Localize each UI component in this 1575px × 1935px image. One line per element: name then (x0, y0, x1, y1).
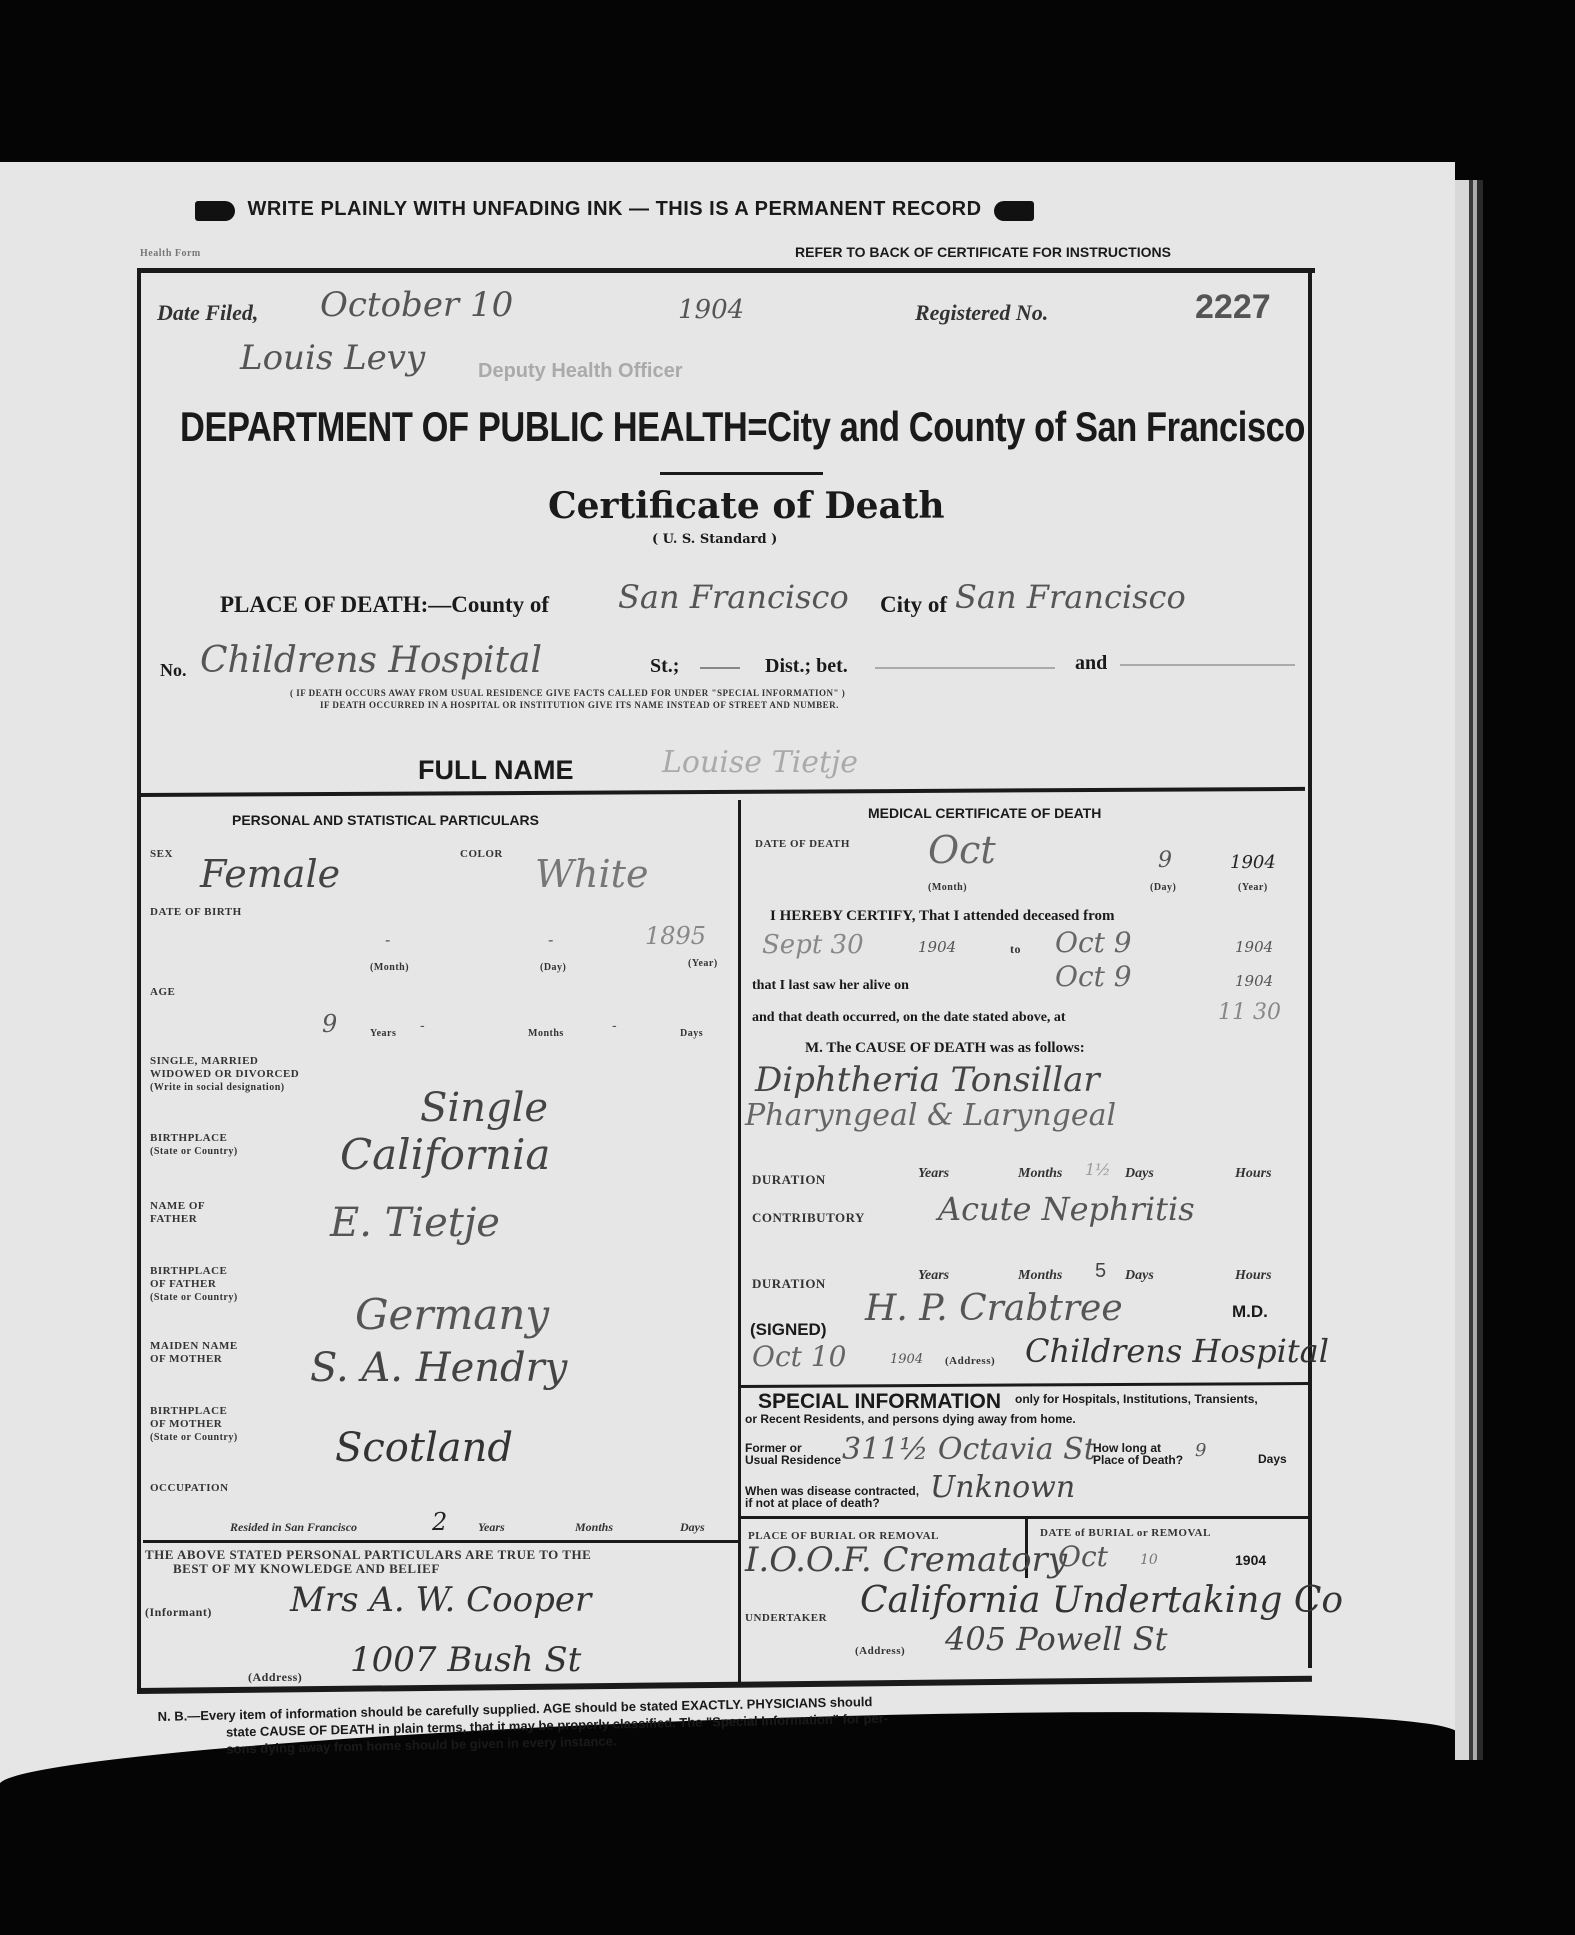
duration-months-label: Months (1018, 1166, 1062, 1182)
physician-signature: H. P. Crabtree (865, 1288, 1123, 1329)
physician-address-label: (Address) (945, 1355, 995, 1367)
undertaker-label: UNDERTAKER (745, 1612, 827, 1624)
father-birthplace-value: Germany (355, 1290, 549, 1339)
mother-value: S. A. Hendry (310, 1345, 567, 1391)
undertaker-address-value: 405 Powell St (945, 1620, 1168, 1658)
how-long-value: 9 (1195, 1440, 1206, 1461)
department-title: DEPARTMENT OF PUBLIC HEALTH=City and Cou… (180, 403, 1305, 451)
informant-address-label: (Address) (248, 1670, 302, 1685)
special-note: only for Hospitals, Institutions, Transi… (1015, 1392, 1258, 1406)
resided-days-label: Days (680, 1520, 705, 1535)
district-blank (875, 667, 1055, 669)
title-rule (660, 472, 823, 475)
last-saw-text: that I last saw her alive on (752, 978, 909, 994)
attended-from-year: 1904 (918, 938, 956, 956)
form-left-border (137, 268, 141, 1693)
attended-from-date: Sept 30 (762, 930, 864, 960)
dob-month-label: (Month) (370, 962, 409, 973)
place-of-death-label: PLACE OF DEATH:—County of (220, 592, 549, 618)
city-value: San Francisco (955, 578, 1186, 616)
duration2-days-value: 5 (1095, 1260, 1106, 1283)
age-years-label: Years (370, 1028, 396, 1039)
contracted-label: When was disease contracted, if not at p… (745, 1485, 919, 1509)
former-residence-value: 311½ Octavia St (842, 1432, 1096, 1467)
how-long-label: How long at Place of Death? (1093, 1442, 1183, 1466)
informant-address-value: 1007 Bush St (350, 1640, 581, 1680)
age-days-label: Days (680, 1028, 703, 1039)
contributory-value: Acute Nephritis (938, 1190, 1195, 1228)
medical-heading: MEDICAL CERTIFICATE OF DEATH (868, 805, 1101, 821)
father-value: E. Tietje (330, 1200, 500, 1246)
last-saw-year: 1904 (1235, 972, 1273, 990)
mother-birthplace-value: Scotland (335, 1425, 513, 1471)
no-label: No. (160, 660, 187, 681)
mother-birthplace-label: BIRTHPLACE OF MOTHER (State or Country) (150, 1405, 238, 1444)
dob-label: DATE OF BIRTH (150, 906, 242, 918)
full-name-label: FULL NAME (418, 755, 574, 786)
place-note-2: IF DEATH OCCURRED IN A HOSPITAL OR INSTI… (320, 700, 839, 710)
full-name-value: Louise Tietje (662, 745, 858, 780)
undertaker-address-label: (Address) (855, 1645, 905, 1657)
dob-day: - (548, 930, 553, 949)
occupation-label: OCCUPATION (150, 1482, 229, 1494)
date-filed-value: October 10 (320, 285, 513, 325)
dod-year-label: (Year) (1238, 882, 1268, 893)
how-long-unit: Days (1258, 1452, 1287, 1466)
duration-label: DURATION (752, 1172, 826, 1188)
signed-year: 1904 (890, 1352, 923, 1367)
color-value: White (535, 852, 648, 896)
column-divider (738, 800, 741, 1685)
time-of-death: 11 30 (1218, 1000, 1281, 1025)
dod-day-label: (Day) (1150, 882, 1176, 893)
street-blank (700, 667, 740, 669)
officer-title: Deputy Health Officer (478, 360, 682, 383)
age-days: - (612, 1018, 617, 1034)
resided-years: 2 (432, 1508, 447, 1536)
marital-value: Single (420, 1085, 548, 1131)
refer-instructions: REFER TO BACK OF CERTIFICATE FOR INSTRUC… (795, 244, 1171, 260)
informant-value: Mrs A. W. Cooper (290, 1580, 591, 1620)
burial-date-month: Oct (1058, 1540, 1108, 1573)
certificate-title: Certificate of Death (548, 485, 945, 527)
cause-label: M. The CAUSE OF DEATH was as follows: (805, 1040, 1085, 1057)
pointing-hand-icon (994, 201, 1034, 221)
resided-months-label: Months (575, 1520, 613, 1535)
attended-to-date: Oct 9 (1055, 926, 1132, 959)
occurred-text: and that death occurred, on the date sta… (752, 1010, 1066, 1026)
street-number-value: Childrens Hospital (200, 640, 542, 681)
certify-text: I HEREBY CERTIFY, That I attended deceas… (770, 908, 1115, 925)
signed-date: Oct 10 (752, 1340, 846, 1373)
dob-month: - (385, 930, 390, 949)
father-label: NAME OF FATHER (150, 1200, 205, 1226)
age-label: AGE (150, 986, 175, 998)
resided-label: Resided in San Francisco (230, 1520, 357, 1535)
form-top-border (140, 268, 1315, 273)
date-filed-label: Date Filed, (157, 300, 258, 326)
dod-month: Oct (928, 828, 996, 872)
street-label: St.; (650, 655, 679, 678)
us-standard: ( U. S. Standard ) (652, 532, 777, 547)
district-label: Dist.; bet. (765, 655, 848, 678)
form-stamp: Health Form (140, 248, 201, 259)
duration-days-label: Days (1125, 1166, 1154, 1182)
mother-label: MAIDEN NAME OF MOTHER (150, 1340, 238, 1366)
page-stack-edge (1455, 180, 1469, 1760)
age-months: - (420, 1018, 425, 1034)
banner-text: WRITE PLAINLY WITH UNFADING INK — THIS I… (247, 198, 981, 220)
burial-date-day: 10 (1140, 1552, 1158, 1568)
to-label: to (1010, 942, 1021, 957)
birthplace-value: California (340, 1130, 550, 1179)
page-stack-edge (1477, 180, 1483, 1760)
contracted-value: Unknown (930, 1470, 1075, 1505)
duration-years-label: Years (918, 1166, 949, 1182)
cause-line-1: Diphtheria Tonsillar (755, 1060, 1100, 1100)
duration2-hours-label: Hours (1235, 1268, 1272, 1284)
former-residence-label: Former or Usual Residence (745, 1442, 841, 1466)
registered-number: 2227 (1195, 288, 1271, 327)
dob-year: 1895 (645, 922, 706, 950)
place-note-1: ( IF DEATH OCCURS AWAY FROM USUAL RESIDE… (290, 688, 845, 698)
age-months-label: Months (528, 1028, 564, 1039)
duration2-years-label: Years (918, 1268, 949, 1284)
officer-signature: Louis Levy (240, 338, 425, 378)
pointing-hand-icon (195, 201, 235, 221)
resided-years-label: Years (478, 1520, 505, 1535)
dob-year-label: (Year) (688, 958, 718, 969)
city-label: City of (880, 592, 947, 618)
age-years: 9 (322, 1010, 337, 1038)
informant-label: (Informant) (145, 1605, 212, 1620)
duration2-months-label: Months (1018, 1268, 1062, 1284)
sex-value: Female (200, 852, 340, 896)
dod-month-label: (Month) (928, 882, 967, 893)
birthplace-label: BIRTHPLACE (State or Country) (150, 1132, 238, 1158)
md-label: M.D. (1232, 1302, 1268, 1322)
county-value: San Francisco (618, 578, 849, 616)
attestation: THE ABOVE STATED PERSONAL PARTICULARS AR… (145, 1548, 591, 1576)
father-birthplace-label: BIRTHPLACE OF FATHER (State or Country) (150, 1265, 238, 1304)
cause-line-2: Pharyngeal & Laryngeal (745, 1098, 1116, 1133)
dod-year: 1904 (1230, 852, 1276, 873)
registered-label: Registered No. (915, 300, 1048, 326)
burial-date-label: DATE of BURIAL or REMOVAL (1040, 1527, 1211, 1539)
color-label: COLOR (460, 848, 503, 860)
burial-date-year: 1904 (1235, 1552, 1266, 1568)
dod-day: 9 (1158, 848, 1172, 873)
last-saw-date: Oct 9 (1055, 960, 1132, 993)
special-heading: SPECIAL INFORMATION (758, 1390, 1001, 1414)
form-right-border (1308, 268, 1312, 1668)
dob-day-label: (Day) (540, 962, 566, 973)
duration-days-value: 1½ (1085, 1160, 1111, 1179)
and-blank (1120, 664, 1295, 666)
banner: WRITE PLAINLY WITH UNFADING INK — THIS I… (195, 198, 1034, 221)
filed-year: 1904 (678, 295, 744, 325)
duration-hours-label: Hours (1235, 1166, 1272, 1182)
duration2-label: DURATION (752, 1276, 826, 1292)
sex-label: SEX (150, 848, 173, 860)
and-label: and (1075, 652, 1107, 675)
burial-place-value: I.O.O.F. Crematory (745, 1540, 1067, 1580)
marital-label: SINGLE, MARRIED WIDOWED OR DIVORCED (Wri… (150, 1055, 299, 1094)
date-of-death-label: DATE OF DEATH (755, 838, 850, 850)
duration2-days-label: Days (1125, 1268, 1154, 1284)
undertaker-value: California Undertaking Co (860, 1580, 1343, 1621)
attended-to-year: 1904 (1235, 938, 1273, 956)
physician-address-value: Childrens Hospital (1025, 1332, 1329, 1370)
resided-divider (143, 1540, 738, 1543)
special-note-2: or Recent Residents, and persons dying a… (745, 1412, 1076, 1426)
contributory-label: CONTRIBUTORY (752, 1210, 865, 1226)
personal-heading: PERSONAL AND STATISTICAL PARTICULARS (232, 812, 539, 828)
signed-label: (SIGNED) (750, 1320, 827, 1340)
